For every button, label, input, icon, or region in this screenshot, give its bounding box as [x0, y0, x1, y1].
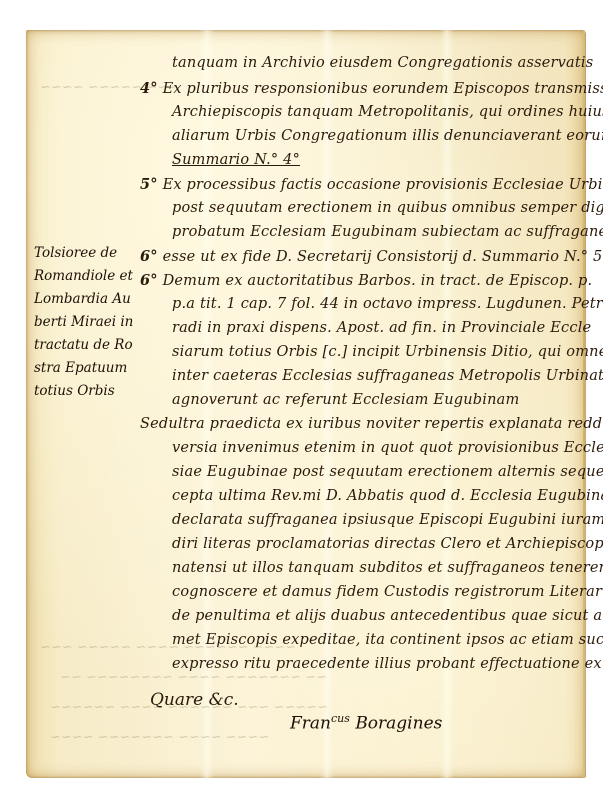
margin-note-line: Lombardia Au: [34, 288, 146, 311]
text-line: diri literas proclamatorias directas Cle…: [172, 536, 603, 552]
margin-note-line: Romandiole et: [34, 265, 146, 288]
margin-note-line: Tolsioree de: [34, 242, 146, 265]
signature: Francus Boragines: [290, 712, 442, 734]
margin-note-line: totius Orbis: [34, 380, 146, 403]
text-line: Summario N.° 4°: [172, 152, 300, 168]
text-line: expresso ritu praecedente illius probant…: [172, 656, 603, 672]
bleed-through: ~~~~ ~~~~ ~~~~~~~ ~~~~: [50, 730, 269, 745]
text-line: tanquam in Archivio eiusdem Congregation…: [172, 55, 593, 71]
text-line: 4° Ex pluribus responsionibus eorundem E…: [140, 80, 603, 97]
text-line: met Episcopis expeditae, ita continent i…: [172, 632, 603, 648]
text-line: p.a tit. 1 cap. 7 fol. 44 in octavo impr…: [172, 296, 603, 312]
text-line: cognoscere et damus fidem Custodis regis…: [172, 584, 603, 600]
text-line: agnoverunt ac referunt Ecclesiam Eugubin…: [172, 392, 519, 408]
text-line: inter caeteras Ecclesias suffraganeas Me…: [172, 368, 603, 384]
text-line: declarata suffraganea ipsiusque Episcopi…: [172, 512, 603, 528]
margin-note-line: tractatu de Ro: [34, 334, 146, 357]
margin-note-line: berti Miraei in: [34, 311, 146, 334]
text-line: siae Eugubinae post sequutam erectionem …: [172, 464, 603, 480]
text-line: radi in praxi dispens. Apost. ad fin. in…: [172, 320, 591, 336]
text-line: Archiepiscopis tanquam Metropolitanis, q…: [172, 104, 603, 120]
text-line: 6° esse ut ex fide D. Secretarij Consist…: [140, 248, 603, 265]
signature-first-name: Fran: [290, 714, 331, 734]
text-line: 6° Demum ex auctoritatibus Barbos. in tr…: [140, 272, 592, 289]
text-line: siarum totius Orbis [c.] incipit Urbinen…: [172, 344, 603, 360]
text-line: post sequutam erectionem in quibus omnib…: [172, 200, 603, 216]
text-line: probatum Ecclesiam Eugubinam subiectam a…: [172, 224, 603, 240]
margin-note-line: stra Epatuum: [34, 357, 146, 380]
closing-word: Quare &c.: [150, 690, 239, 710]
text-line: de penultima et alijs duabus antecedenti…: [172, 608, 603, 624]
text-line: 5° Ex processibus factis occasione provi…: [140, 176, 603, 193]
signature-last-name: Boragines: [355, 714, 442, 734]
text-line: cepta ultima Rev.mi D. Abbatis quod d. E…: [172, 488, 603, 504]
signature-superscript: cus: [331, 712, 350, 725]
text-line: aliarum Urbis Congregationum illis denun…: [172, 128, 603, 144]
margin-note: Tolsioree de Romandiole et Lombardia Au …: [34, 242, 146, 403]
text-line: versia invenimus etenim in quot quot pro…: [172, 440, 603, 456]
bleed-through: ~~ ~~~~~~~ ~~~~ ~~~~~~~~ ~~: [60, 670, 327, 685]
text-line: natensi ut illos tanquam subditos et suf…: [172, 560, 603, 576]
text-line: Sedultra praedicta ex iuribus noviter re…: [140, 416, 603, 432]
